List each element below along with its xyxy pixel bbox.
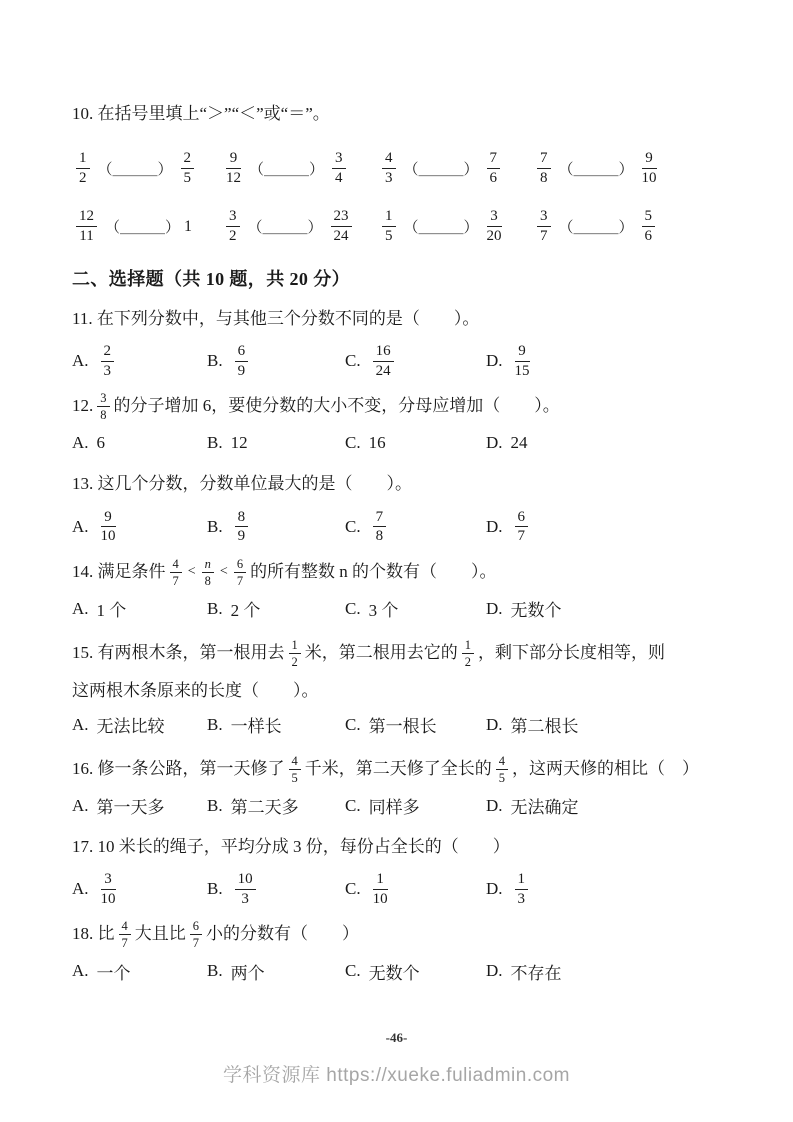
numerator: 12 [76,208,97,227]
option-d: D.不存在 [486,958,735,984]
denominator: 12 [226,169,241,187]
numerator: 23 [331,208,352,227]
denominator: 8 [537,169,551,187]
denominator: 24 [373,362,394,380]
fraction: 2324 [331,208,352,245]
question-15-line2: 这两根木条原来的长度（ ）。 [72,679,735,704]
option-label: B. [207,433,223,453]
fraction: 915 [515,343,530,380]
option-text: 一个 [97,959,131,984]
numerator: 2 [101,343,115,362]
denominator: 7 [190,935,202,950]
fraction: 89 [235,509,249,546]
answer-blank: （＿＿＿） [559,158,634,179]
numerator: 9 [101,509,116,528]
question-18-title: 18. 比 47 大且比 67 小的分数有（ ） [72,919,735,950]
option-d: D. 13 [486,867,735,911]
denominator: 7 [234,573,246,588]
numerator: 9 [226,150,241,169]
whole-number: 1 [184,218,192,236]
worksheet-page: 10. 在括号里填上“＞”“＜”或“＝”。 12 （＿＿＿） 25 912 （＿… [0,0,793,984]
fraction: 1211 [76,208,97,245]
numerator: 1 [289,638,301,654]
denominator: 15 [515,362,530,380]
question-15-title: 15. 有两根木条，第一根用去 12 米，第二根用去它的 12 ，剩下部分长度相… [72,638,735,669]
answer-blank: （＿＿＿） [404,158,479,179]
option-label: C. [345,961,361,981]
fraction: 25 [181,150,195,187]
fraction: 310 [101,871,116,908]
fraction: 12 [462,638,474,669]
option-c: C.3 个 [345,596,486,622]
option-b: B.第二天多 [207,793,345,819]
numerator: 1 [76,150,90,169]
numerator: 5 [642,208,656,227]
option-text: 同样多 [369,793,420,818]
denominator: 24 [331,227,352,245]
option-a: A.一个 [72,958,207,984]
option-label: C. [345,351,361,371]
option-b: B.两个 [207,958,345,984]
question-10-title: 10. 在括号里填上“＞”“＜”或“＝”。 [72,102,735,127]
option-text: 无法确定 [511,793,579,818]
q11-options: A. 23 B. 69 C. 1624 D. 915 [72,339,735,383]
option-text: 12 [231,433,248,453]
answer-blank: （＿＿＿） [559,216,634,237]
option-label: C. [345,517,361,537]
fraction: n8 [202,557,214,588]
fraction: 12 [76,150,90,187]
denominator: 3 [235,890,256,908]
denominator: 2 [76,169,90,187]
option-c: C.同样多 [345,793,486,819]
comparison-item: 37 （＿＿＿） 56 [533,205,735,249]
option-label: C. [345,433,361,453]
denominator: 3 [101,362,115,380]
option-label: B. [207,961,223,981]
numerator: 4 [170,557,182,573]
option-d: D.无法确定 [486,793,735,819]
fraction: 32 [226,208,240,245]
option-c: C. 110 [345,867,486,911]
comparison-item: 32 （＿＿＿） 2324 [222,205,378,249]
denominator: 20 [487,227,502,245]
fraction: 103 [235,871,256,908]
option-label: A. [72,433,89,453]
comparison-item: 12 （＿＿＿） 25 [72,147,222,191]
q10-comparison-rows: 12 （＿＿＿） 25 912 （＿＿＿） 34 43 （＿＿＿） 76 78 … [72,147,735,249]
option-label: A. [72,715,89,735]
numerator: 3 [97,391,109,407]
fraction: 910 [642,150,657,187]
option-text: 无数个 [369,959,420,984]
denominator: 7 [537,227,551,245]
answer-blank: （＿＿＿） [404,216,479,237]
fraction: 910 [101,509,116,546]
option-label: B. [207,517,223,537]
numerator: 2 [181,150,195,169]
option-text: 无数个 [511,596,562,621]
option-b: B.12 [207,430,345,456]
denominator: 9 [235,362,249,380]
fraction: 912 [226,150,241,187]
question-text: 千米，第二天修了全长的 [305,757,492,782]
numerator: 4 [289,754,301,770]
option-text: 1 个 [97,596,127,621]
numerator: 3 [101,871,116,890]
fraction: 45 [289,754,301,785]
option-text: 第二根长 [511,712,579,737]
answer-blank: （＿＿＿） [249,158,324,179]
fraction: 67 [234,557,246,588]
option-d: D.24 [486,430,735,456]
option-label: B. [207,351,223,371]
numerator: 4 [119,919,131,935]
fraction: 110 [373,871,388,908]
option-label: C. [345,796,361,816]
denominator: 7 [170,573,182,588]
option-label: A. [72,351,89,371]
denominator: 9 [235,527,249,545]
option-label: B. [207,879,223,899]
comparison-item: 43 （＿＿＿） 76 [378,147,533,191]
option-label: D. [486,715,503,735]
denominator: 6 [642,227,656,245]
question-text: 的所有整数 n 的个数有（ ）。 [250,560,497,585]
question-text: 12. [72,394,93,419]
numerator: 9 [515,343,530,362]
option-text: 不存在 [511,959,562,984]
q13-options: A. 910 B. 89 C. 78 D. 67 [72,505,735,549]
denominator: 2 [226,227,240,245]
denominator: 7 [119,935,131,950]
question-13-title: 13. 这几个分数，分数单位最大的是（ ）。 [72,472,735,497]
fraction: 15 [382,208,396,245]
denominator: 10 [373,890,388,908]
denominator: 3 [382,169,396,187]
option-c: C. 78 [345,505,486,549]
option-c: C.第一根长 [345,712,486,738]
q15-options: A.无法比较 B.一样长 C.第一根长 D.第二根长 [72,712,735,738]
option-b: B. 103 [207,867,345,911]
numerator: 7 [537,150,551,169]
question-16-title: 16. 修一条公路，第一天修了 45 千米，第二天修了全长的 45 ，这两天修的… [72,754,735,785]
option-label: D. [486,433,503,453]
numerator: 3 [537,208,551,227]
question-text: 小的分数有（ ） [206,922,359,947]
fraction: 47 [170,557,182,588]
option-label: D. [486,599,503,619]
option-a: A.第一天多 [72,793,207,819]
numerator: 1 [462,638,474,654]
option-label: C. [345,715,361,735]
denominator: 5 [496,770,508,785]
q16-options: A.第一天多 B.第二天多 C.同样多 D.无法确定 [72,793,735,819]
question-text: 15. 有两根木条，第一根用去 [72,641,285,666]
section-2-header: 二、选择题（共 10 题，共 20 分） [72,265,735,291]
option-label: D. [486,517,503,537]
question-12-title: 12. 38 的分子增加 6，要使分数的大小不变，分母应增加（ ）。 [72,391,735,422]
less-than-sign: < [188,562,196,582]
option-label: C. [345,879,361,899]
numerator: 6 [190,919,202,935]
fraction: 13 [515,871,529,908]
question-text: 的分子增加 6，要使分数的大小不变，分母应增加（ ）。 [114,394,560,419]
fraction: 78 [537,150,551,187]
numerator: 8 [235,509,249,528]
option-text: 无法比较 [97,712,165,737]
numerator: 3 [226,208,240,227]
option-label: A. [72,961,89,981]
option-text: 第一根长 [369,712,437,737]
fraction: 78 [373,509,387,546]
fraction: 47 [119,919,131,950]
option-b: B.一样长 [207,712,345,738]
answer-blank: （＿＿＿） [105,216,180,237]
denominator: 6 [487,169,501,187]
fraction: 43 [382,150,396,187]
fraction: 12 [289,638,301,669]
denominator: 8 [97,407,109,422]
option-label: B. [207,599,223,619]
fraction: 38 [97,391,109,422]
fraction: 67 [515,509,529,546]
comparison-item: 912 （＿＿＿） 34 [222,147,378,191]
option-c: C. 1624 [345,339,486,383]
option-a: A.6 [72,430,207,456]
option-text: 一样长 [231,712,282,737]
option-label: C. [345,599,361,619]
question-text: ，这两天修的相比（ ） [512,757,699,782]
option-c: C.无数个 [345,958,486,984]
denominator: 10 [101,527,116,545]
numerator: 4 [496,754,508,770]
q17-options: A. 310 B. 103 C. 110 D. 13 [72,867,735,911]
denominator: 2 [289,654,301,669]
numerator: 6 [235,343,249,362]
option-a: A.无法比较 [72,712,207,738]
option-label: D. [486,961,503,981]
numerator: 16 [373,343,394,362]
fraction: 23 [101,343,115,380]
option-label: B. [207,796,223,816]
option-text: 24 [511,433,528,453]
fraction: 67 [190,919,202,950]
denominator: 10 [642,169,657,187]
option-label: D. [486,796,503,816]
numerator: 6 [515,509,529,528]
question-17-title: 17. 10 米长的绳子，平均分成 3 份，每份占全长的（ ） [72,835,735,860]
comparison-item: 78 （＿＿＿） 910 [533,147,735,191]
denominator: 10 [101,890,116,908]
option-c: C.16 [345,430,486,456]
option-label: A. [72,599,89,619]
fraction: 1624 [373,343,394,380]
question-text: ，剩下部分长度相等，则 [478,641,665,666]
option-label: B. [207,715,223,735]
fraction: 37 [537,208,551,245]
question-text: 大且比 [135,922,186,947]
option-d: D. 67 [486,505,735,549]
numerator: 3 [487,208,502,227]
denominator: 7 [515,527,529,545]
fraction: 56 [642,208,656,245]
numerator: 7 [487,150,501,169]
answer-blank: （＿＿＿） [98,158,173,179]
numerator: 10 [235,871,256,890]
option-d: D.无数个 [486,596,735,622]
option-text: 3 个 [369,596,399,621]
option-text: 6 [97,433,106,453]
q10-row-1: 12 （＿＿＿） 25 912 （＿＿＿） 34 43 （＿＿＿） 76 78 … [72,147,735,191]
numerator: 3 [332,150,346,169]
q10-row-2: 1211 （＿＿＿） 1 32 （＿＿＿） 2324 15 （＿＿＿） 320 … [72,205,735,249]
option-b: B. 69 [207,339,345,383]
option-label: A. [72,796,89,816]
denominator: 8 [202,573,214,588]
question-text: 14. 满足条件 [72,560,166,585]
numerator: 6 [234,557,246,573]
fraction: 45 [496,754,508,785]
footer-site-link[interactable]: 学科资源库 https://xueke.fuliadmin.com [0,1060,793,1087]
option-d: D. 915 [486,339,735,383]
question-11-title: 11. 在下列分数中，与其他三个分数不同的是（ ）。 [72,307,735,332]
question-text: 18. 比 [72,922,115,947]
denominator: 3 [515,890,529,908]
denominator: 5 [382,227,396,245]
fraction: 320 [487,208,502,245]
less-than-sign: < [220,562,228,582]
fraction: 34 [332,150,346,187]
comparison-item: 15 （＿＿＿） 320 [378,205,533,249]
fraction: 69 [235,343,249,380]
option-text: 两个 [231,959,265,984]
page-number: -46- [0,1030,793,1046]
numerator: 4 [382,150,396,169]
q14-options: A.1 个 B.2 个 C.3 个 D.无数个 [72,596,735,622]
question-text: 16. 修一条公路，第一天修了 [72,757,285,782]
denominator: 4 [332,169,346,187]
option-b: B. 89 [207,505,345,549]
option-a: A. 23 [72,339,207,383]
option-b: B.2 个 [207,596,345,622]
question-14-title: 14. 满足条件 47 < n8 < 67 的所有整数 n 的个数有（ ）。 [72,557,735,588]
denominator: 11 [76,227,97,245]
numerator: 1 [382,208,396,227]
q18-options: A.一个 B.两个 C.无数个 D.不存在 [72,958,735,984]
answer-blank: （＿＿＿） [248,216,323,237]
option-label: A. [72,517,89,537]
numerator-variable-n: n [202,557,214,573]
comparison-item: 1211 （＿＿＿） 1 [72,205,222,249]
option-a: A. 310 [72,867,207,911]
numerator: 7 [373,509,387,528]
fraction: 76 [487,150,501,187]
numerator: 1 [373,871,388,890]
option-text: 第一天多 [97,793,165,818]
denominator: 5 [181,169,195,187]
option-label: D. [486,351,503,371]
option-a: A. 910 [72,505,207,549]
option-a: A.1 个 [72,596,207,622]
numerator: 9 [642,150,657,169]
option-text: 2 个 [231,596,261,621]
option-label: D. [486,879,503,899]
option-label: A. [72,879,89,899]
question-text: 米，第二根用去它的 [305,641,458,666]
q12-options: A.6 B.12 C.16 D.24 [72,430,735,456]
numerator: 1 [515,871,529,890]
denominator: 8 [373,527,387,545]
denominator: 5 [289,770,301,785]
option-text: 16 [369,433,386,453]
option-text: 第二天多 [231,793,299,818]
option-d: D.第二根长 [486,712,735,738]
denominator: 2 [462,654,474,669]
